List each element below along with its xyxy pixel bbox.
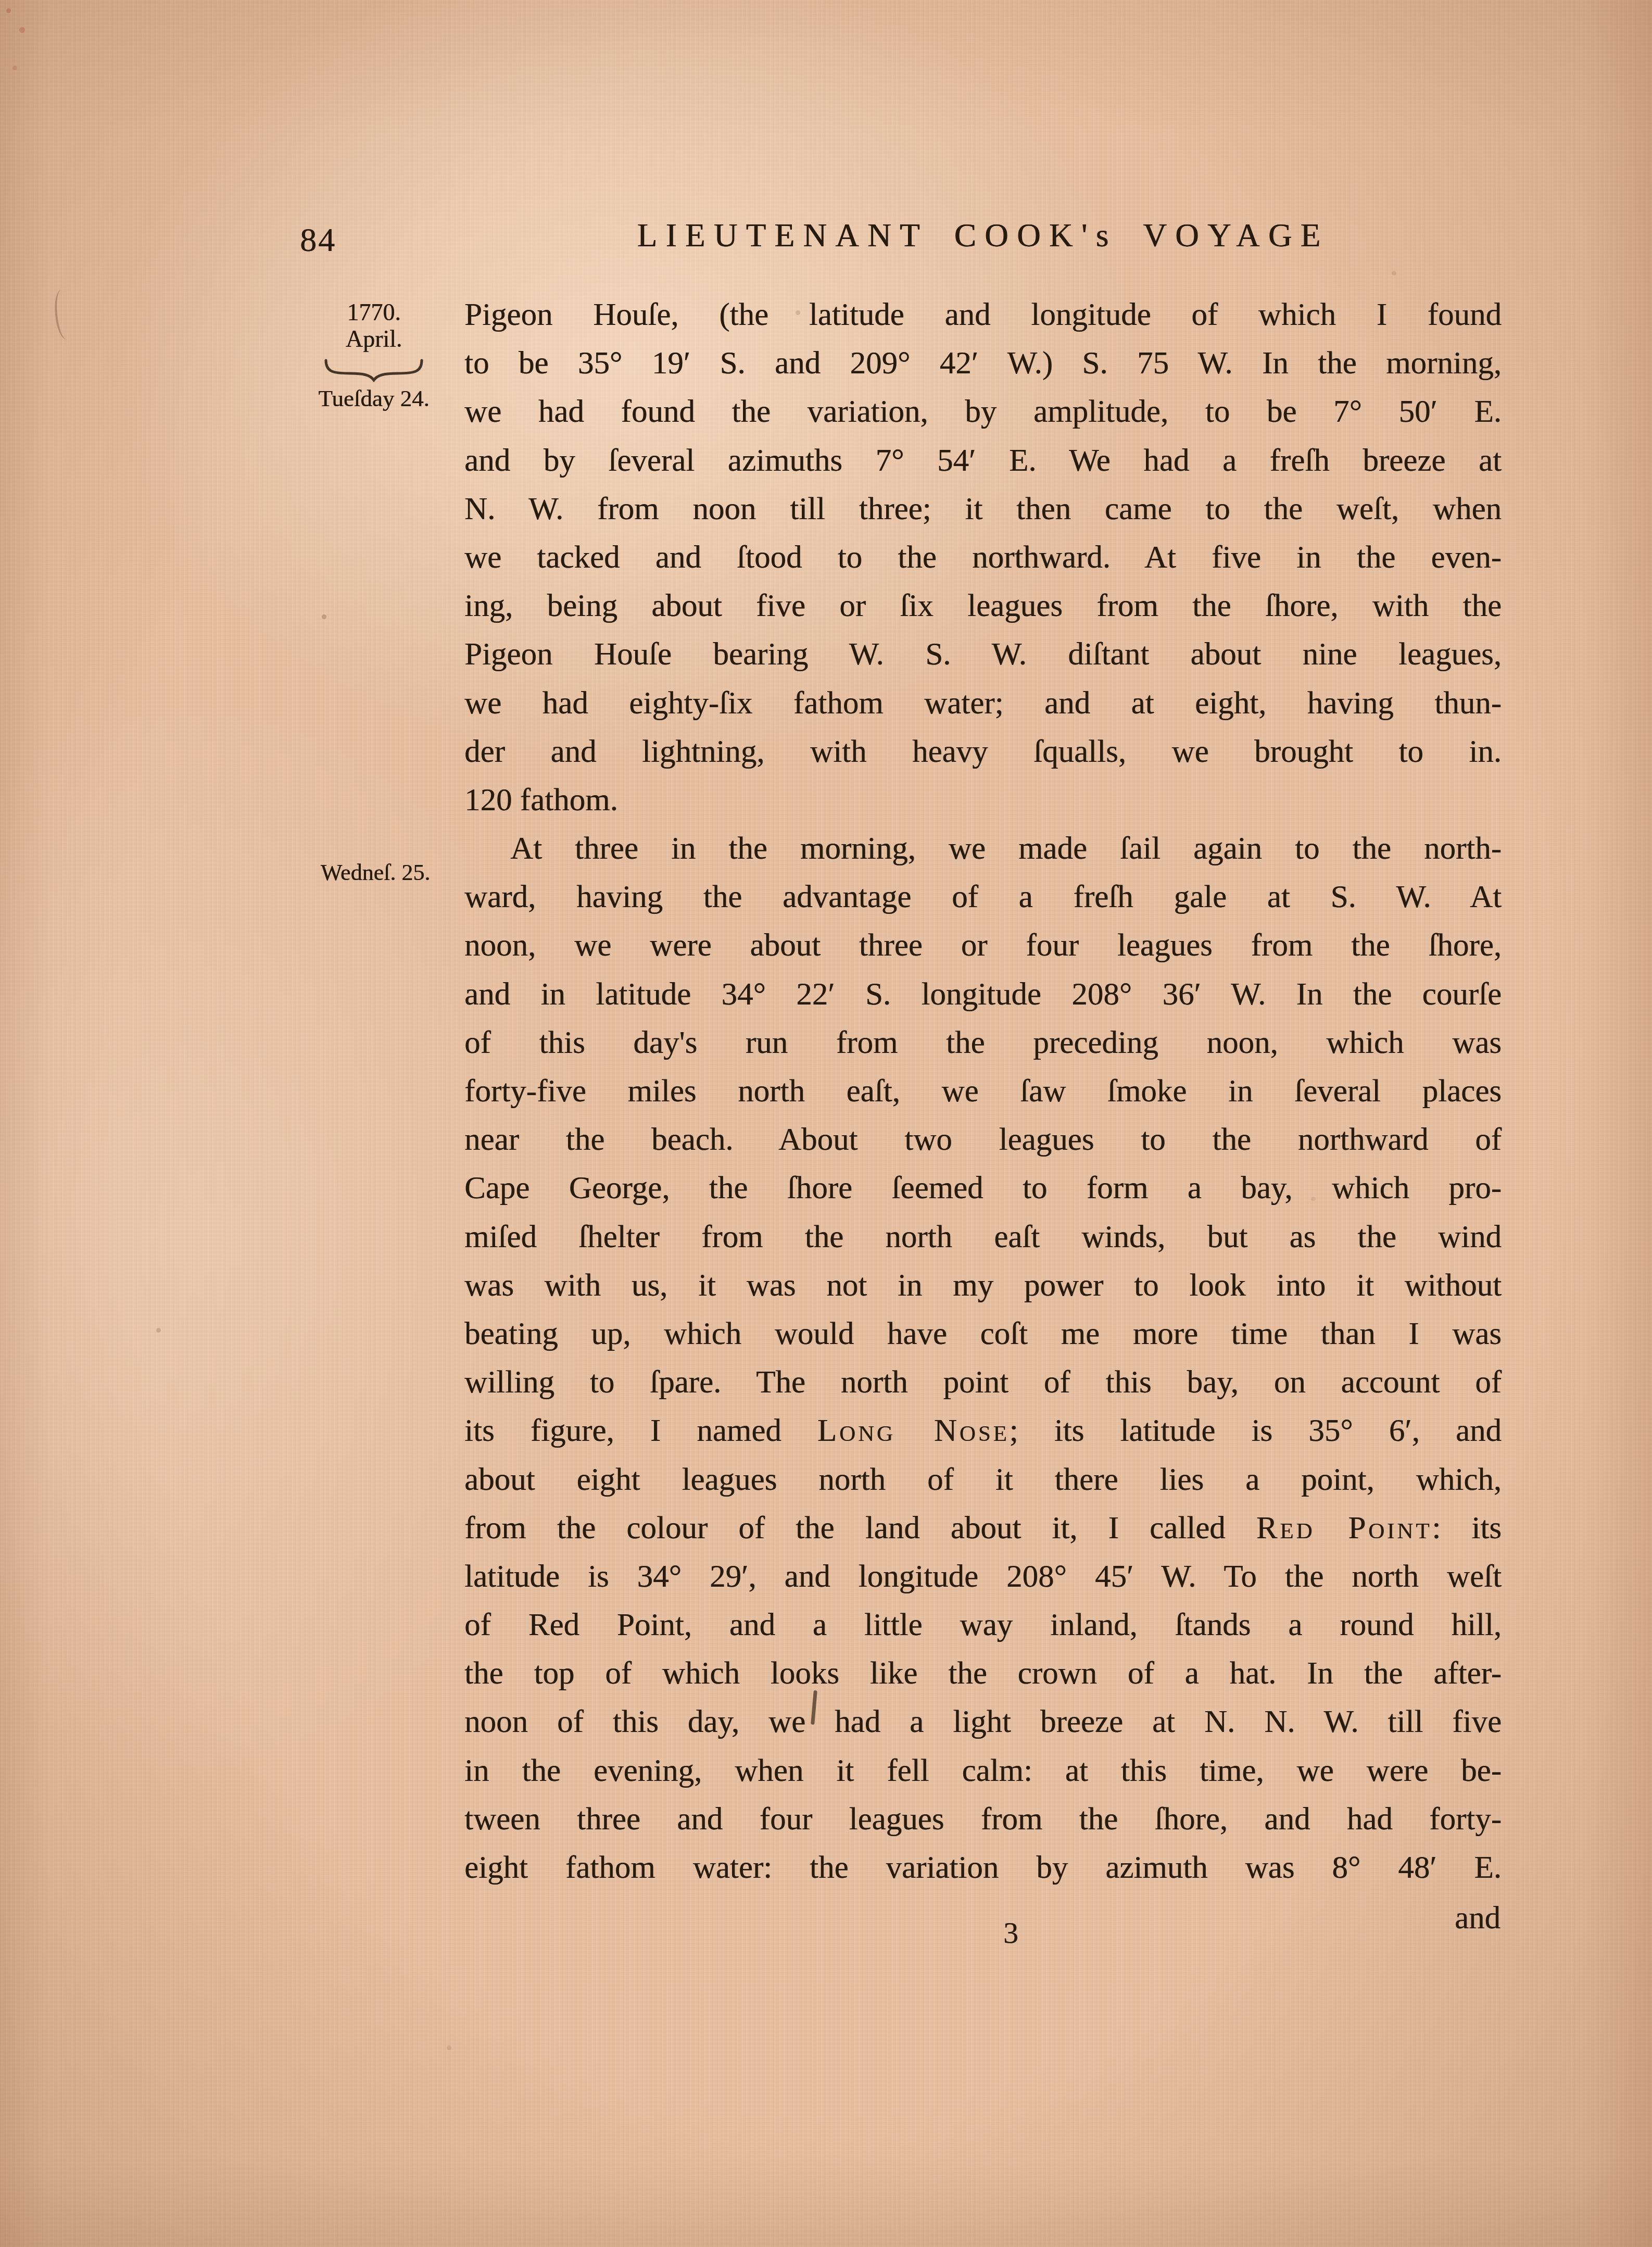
text-line: 120 fathom. (464, 776, 1502, 824)
text-line: latitude is 34° 29′, and longitude 208° … (464, 1552, 1502, 1601)
text-line: At three in the morning, we made ſail ag… (464, 824, 1502, 873)
text-line: N. W. from noon till three; it then came… (464, 485, 1502, 533)
book-page: 84 LIEUTENANT COOK's VOYAGE 1770. April.… (0, 0, 1652, 2247)
text-line: of Red Point, and a little way inland, ſ… (464, 1601, 1502, 1649)
page-number: 84 (300, 221, 336, 259)
text-line: in the evening, when it fell calm: at th… (464, 1747, 1502, 1795)
text-line: Pigeon Houſe, (the latitude and longitud… (464, 291, 1502, 339)
body-text: Pigeon Houſe, (the latitude and longitud… (464, 291, 1502, 1952)
text-line: we had found the variation, by amplitude… (464, 387, 1502, 436)
text-line: near the beach. About two leagues to the… (464, 1115, 1502, 1164)
text-line: and by ſeveral azimuths 7° 54′ E. We had… (464, 436, 1502, 485)
signature-mark: 3 (1003, 1909, 1018, 1957)
text-line: miſed ſhelter from the north eaſt winds,… (464, 1213, 1502, 1261)
text-line: of this day's run from the preceding noo… (464, 1019, 1502, 1067)
text-line: from the colour of the land about it, I … (464, 1504, 1502, 1552)
text-line: Cape George, the ſhore ſeemed to form a … (464, 1164, 1502, 1212)
text-line: and in latitude 34° 22′ S. longitude 208… (464, 970, 1502, 1019)
text-line: its figure, I named Long Nose; its latit… (464, 1407, 1502, 1455)
margin-year: 1770. (288, 299, 460, 325)
paper-specks (0, 0, 3, 3)
running-title: LIEUTENANT COOK's VOYAGE (464, 217, 1502, 255)
date-brace-icon (323, 357, 425, 382)
text-line: eight fathom water: the variation by azi… (464, 1843, 1502, 1892)
catchword: and (1455, 1894, 1500, 1942)
page-footer-line: 3 and (464, 1895, 1502, 1952)
text-line: tween three and four leagues from the ſh… (464, 1795, 1502, 1843)
text-line: beating up, which would have coſt me mor… (464, 1310, 1502, 1358)
margin-date-block: 1770. April. Tueſday 24. (288, 299, 460, 412)
text-line: to be 35° 19′ S. and 209° 42′ W.) S. 75 … (464, 339, 1502, 387)
margin-stray-mark (53, 288, 75, 340)
text-line: we had eighty-ſix fathom water; and at e… (464, 679, 1502, 727)
margin-day-wednesday: Wedneſ. 25. (295, 859, 456, 886)
text-line: about eight leagues north of it there li… (464, 1455, 1502, 1504)
text-line: the top of which looks like the crown of… (464, 1649, 1502, 1698)
text-line: Pigeon Houſe bearing W. S. W. diſtant ab… (464, 630, 1502, 679)
text-line: noon, we were about three or four league… (464, 921, 1502, 970)
text-line: ward, having the advantage of a freſh ga… (464, 873, 1502, 921)
text-line: ing, being about five or ſix leagues fro… (464, 582, 1502, 630)
text-line: forty-five miles north eaſt, we ſaw ſmok… (464, 1067, 1502, 1115)
margin-day-tuesday: Tueſday 24. (288, 385, 460, 412)
text-line: we tacked and ſtood to the northward. At… (464, 533, 1502, 582)
margin-month: April. (288, 325, 460, 352)
text-line: willing to ſpare. The north point of thi… (464, 1358, 1502, 1407)
text-line: der and lightning, with heavy ſqualls, w… (464, 727, 1502, 776)
text-line: was with us, it was not in my power to l… (464, 1261, 1502, 1310)
text-line: noon of this day, we had a light breeze … (464, 1698, 1502, 1746)
